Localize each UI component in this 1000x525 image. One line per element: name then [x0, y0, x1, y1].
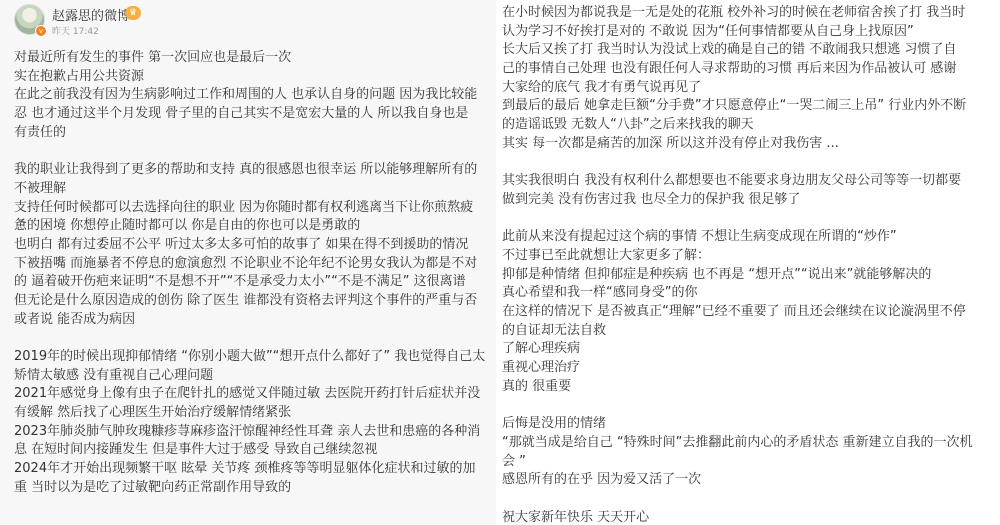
text-line: 也明白 都有过委屈不公平 听过太多太多可怕的故事了 如果在得不到援助的情况	[14, 236, 485, 255]
verified-badge-icon: v	[35, 25, 47, 37]
text-line: 后悔是没用的情绪	[502, 415, 972, 434]
text-line: 抑郁是种情绪 但抑郁症是种疾病 也不再是 “想开点”“说出来”就能够解决的	[502, 266, 972, 285]
text-line: 其实我很明白 我没有权利什么都想要也不能要求身边朋友父母公司等等一切都要	[502, 172, 972, 191]
text-line: 不被理解	[14, 180, 485, 199]
text-line: 其实 每一次都是痛苦的加深 所以这并没有停止对我伤害 ...	[502, 135, 972, 154]
text-line: 在小时候因为都说我是一无是处的花瓶 校外补习的时候在老师宿舍挨了打 我当时	[502, 4, 972, 23]
text-line: 己的事情自己处理 也没有跟任何人寻求帮助的习惯 再后来因为作品被认可 感谢	[502, 60, 972, 79]
text-line: 实在抱歉占用公共资源	[14, 68, 485, 87]
text-line: 支持任何时候都可以去选择向往的职业 因为你随时都有权利逃离当下让你煎熬疲	[14, 199, 485, 218]
text-line: 真心希望和我一样“感同身受”的你	[502, 284, 972, 303]
text-line: 做到完美 没有伤害过我 也尽全力的保护我 很足够了	[502, 191, 972, 210]
text-line: 真的 很重要	[502, 378, 972, 397]
text-line: 重视心理治疗	[502, 359, 972, 378]
post-right-panel: 在小时候因为都说我是一无是处的花瓶 校外补习的时候在老师宿舍挨了打 我当时认为学…	[496, 0, 1000, 525]
text-line: 我的职业让我得到了更多的帮助和支持 真的很感恩也很幸运 所以能够理解所有的	[14, 161, 485, 180]
paragraph-gap	[14, 329, 485, 348]
text-line: 祝大家新年快乐 天天开心	[502, 509, 972, 525]
paragraph-gap	[14, 142, 485, 161]
text-line: 此前从来没有提起过这个病的事情 不想让生病变成现在所谓的“炒作”	[502, 228, 972, 247]
text-line: 重 当时以为是吃了过敏靶向药正常副作用导致的	[14, 479, 485, 498]
paragraph-gap	[502, 154, 972, 173]
post-timestamp: 昨天 17:42	[52, 24, 99, 37]
text-line: 长大后又挨了打 我当时认为没试上戏的确是自己的错 不敢闹我只想逃 习惯了自	[502, 41, 972, 60]
text-line: 2019年的时候出现抑郁情绪 “你别小题大做”“想开点什么都好了” 我也觉得自己…	[14, 348, 485, 367]
text-line: 或者说 能否成为病因	[14, 311, 485, 330]
crown-badge-icon: ♛	[125, 6, 141, 20]
text-line: 不过事已至此就想让大家更多了解：	[502, 247, 972, 266]
text-line: 的 逼着破开伤疤来证明“不是想不开”“不是承受力太小”“不是不满足” 这很离谱	[14, 273, 485, 292]
text-line: 的造谣诋毁 无数人“八卦”之后来找我的聊天	[502, 116, 972, 135]
text-line: 忍 也才通过这半个月发现 骨子里的自己其实不是宽宏大量的人 所以我自身也是	[14, 105, 485, 124]
paragraph-gap	[502, 210, 972, 229]
text-line: 有缓解 然后找了心理医生开始治疗缓解情绪紧张	[14, 404, 485, 423]
text-line: 在这样的情况下 是否被真正“理解”已经不重要了 而且还会继续在议论漩涡里不停	[502, 303, 972, 322]
text-line: 下被捂嘴 而施暴者不停息的愈演愈烈 不论职业不论年纪不论男女我认为都是不对	[14, 255, 485, 274]
text-line: 对最近所有发生的事件 第一次回应也是最后一次	[14, 49, 485, 68]
text-line: 2021年感觉身上像有虫子在爬针扎的感觉又伴随过敏 去医院开药打针后症状并没	[14, 385, 485, 404]
text-line: 会 ”	[502, 453, 972, 472]
text-line: 到最后的最后 她拿走巨额“分手费”才只愿意停止“一哭二闹三上吊” 行业内外不断	[502, 97, 972, 116]
paragraph-gap	[502, 490, 972, 509]
text-line: 了解心理疾病	[502, 340, 972, 359]
text-line: 认为学习不好挨打是对的 不敢说 因为“任何事情都要从自己身上找原因”	[502, 23, 972, 42]
text-line: 矫情太敏感 没有重视自己心理问题	[14, 367, 485, 386]
text-line: 的自证却无法自救	[502, 322, 972, 341]
text-line: 大家给的底气 我才有勇气说再见了	[502, 79, 972, 98]
text-line: 在此之前我没有因为生病影响过工作和周围的人 也承认自身的问题 因为我比较能	[14, 86, 485, 105]
text-line: 2024年才开始出现频繁干呕 眩晕 关节疼 颈椎疼等等明显躯体化症状和过敏的加	[14, 460, 485, 479]
text-line: 惫的困境 你想停止随时都可以 你是自由的你也可以是勇敢的	[14, 217, 485, 236]
post-left-panel: v 赵露思的微博 ♛ 昨天 17:42 对最近所有发生的事件 第一次回应也是最后…	[0, 0, 496, 525]
text-line: 感恩所有的在乎 因为爱又活了一次	[502, 471, 972, 490]
text-line: 有责任的	[14, 124, 485, 143]
text-line: “那就当成是给自己 “特殊时间”去推翻此前内心的矛盾状态 重新建立自我的一次机	[502, 434, 972, 453]
text-line: 但无论是什么原因造成的创伤 除了医生 谁都没有资格去评判这个事件的严重与否	[14, 292, 485, 311]
author-name[interactable]: 赵露思的微博	[52, 5, 130, 24]
post-body-right: 在小时候因为都说我是一无是处的花瓶 校外补习的时候在老师宿舍挨了打 我当时认为学…	[502, 4, 972, 525]
paragraph-gap	[502, 396, 972, 415]
text-line: 息 在短时间内接踵发生 但是事件大过于感受 导致自己继续忽视	[14, 441, 485, 460]
text-line: 2023年肺炎肺气肿玫瑰糠疹荨麻疹盗汗惊醒神经性耳聋 亲人去世和患癌的各种消	[14, 423, 485, 442]
post-body-left: 对最近所有发生的事件 第一次回应也是最后一次实在抱歉占用公共资源在此之前我没有因…	[14, 49, 485, 498]
